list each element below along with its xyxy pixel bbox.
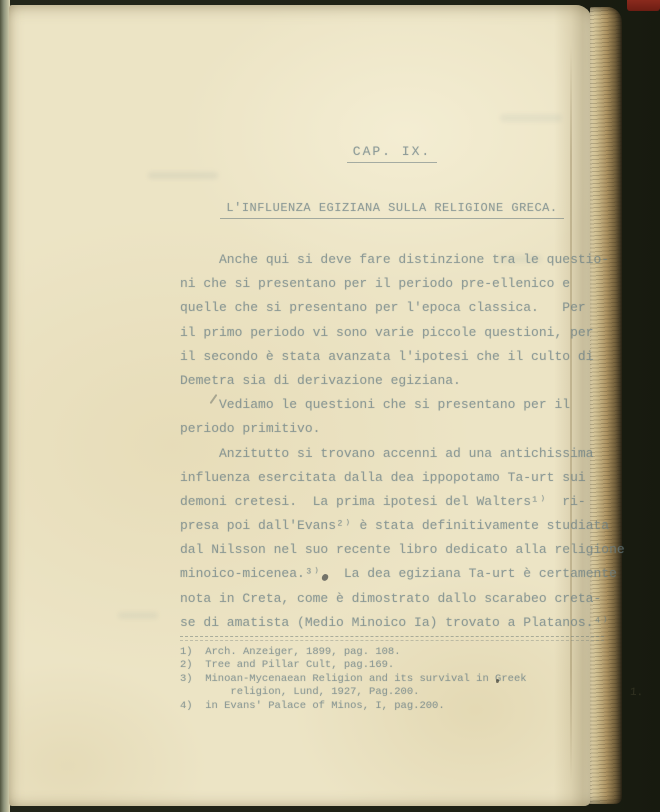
chapter-heading-text: CAP. IX. [347, 144, 437, 163]
ink-bleed-smudge [148, 172, 218, 179]
chapter-heading: CAP. IX. [180, 144, 604, 163]
typed-line: periodo primitivo. [180, 417, 616, 441]
typed-body-text: Anche qui si deve fare distinzione tra l… [180, 248, 616, 635]
typed-line: il secondo è stata avanzata l'ipotesi ch… [180, 345, 616, 369]
ink-bleed-smudge [500, 114, 562, 122]
typed-line: influenza esercitata dalla dea ippopotam… [180, 466, 616, 490]
typed-line: Demetra sia di derivazione egiziana. [180, 369, 616, 393]
footnote-block: 1) Arch. Anzeiger, 1899, pag. 108.2) Tre… [180, 646, 616, 713]
typed-line: Anche qui si deve fare distinzione tra l… [180, 248, 616, 272]
footnote-line: religion, Lund, 1927, Pag.200. [180, 686, 616, 699]
footnote-line: 1) Arch. Anzeiger, 1899, pag. 108. [180, 646, 616, 659]
ink-bleed-smudge [118, 612, 158, 619]
typed-line: dal Nilsson nel suo recente libro dedica… [180, 538, 616, 562]
typed-line: Anzitutto si trovano accenni ad una anti… [180, 442, 616, 466]
red-bookmark-tab [627, 0, 660, 11]
scan-background: CAP. IX. L'INFLUENZA EGIZIANA SULLA RELI… [0, 0, 660, 812]
typed-line: presa poi dall'Evans²⁾ è stata definitiv… [180, 514, 616, 538]
typed-line: demoni cretesi. La prima ipotesi del Wal… [180, 490, 616, 514]
footnote-line: 4) in Evans' Palace of Minos, I, pag.200… [180, 700, 616, 713]
typed-line: Vediamo le questioni che si presentano p… [180, 393, 616, 417]
typed-line: ni che si presentano per il periodo pre-… [180, 272, 616, 296]
footnote-line: 3) Minoan-Mycenaean Religion and its sur… [180, 673, 616, 686]
footnote-line: 2) Tree and Pillar Cult, pag.169. [180, 659, 616, 672]
typed-line: se di amatista (Medio Minoico Ia) trovat… [180, 611, 616, 635]
chapter-title-text: L'INFLUENZA EGIZIANA SULLA RELIGIONE GRE… [220, 201, 563, 219]
edge-pencil-number: 1. [630, 687, 644, 700]
typed-line: minoico-micenea.³⁾ La dea egiziana Ta-ur… [180, 562, 616, 586]
chapter-title: L'INFLUENZA EGIZIANA SULLA RELIGIONE GRE… [180, 201, 604, 219]
typed-line: quelle che si presentano per l'epoca cla… [180, 296, 616, 320]
footnote-separator [180, 636, 604, 641]
typed-line: nota in Creta, come è dimostrato dallo s… [180, 587, 616, 611]
typed-line: il primo periodo vi sono varie piccole q… [180, 321, 616, 345]
